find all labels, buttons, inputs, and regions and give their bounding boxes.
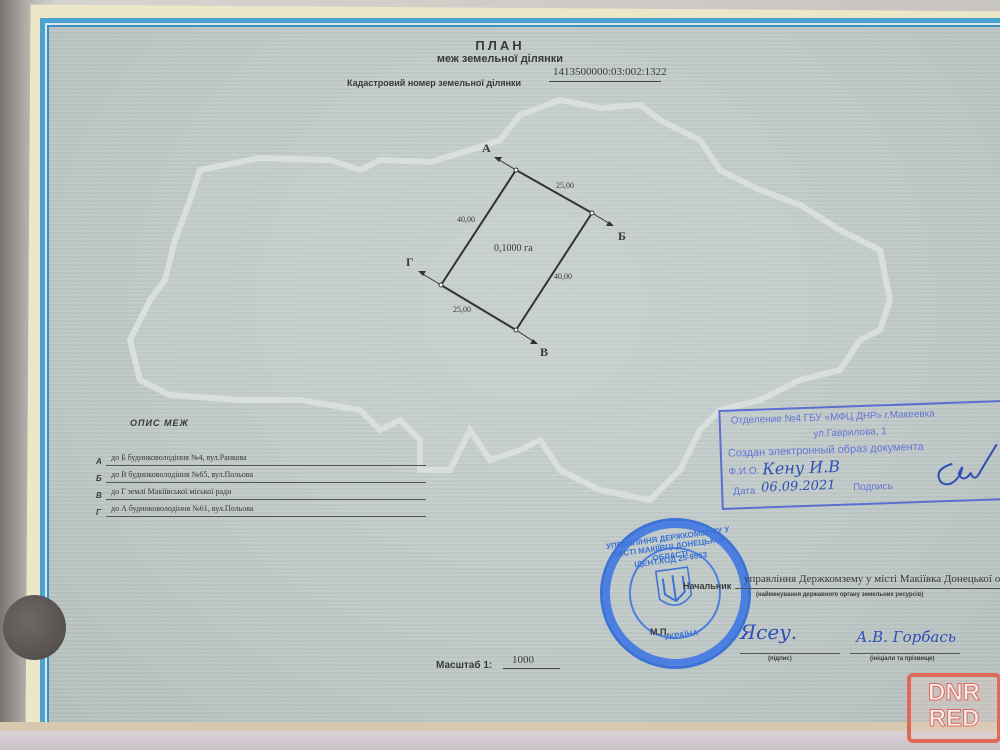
seal-mark: М.П. xyxy=(650,627,669,637)
organization-name: управління Держкомзему у місті Макіївка … xyxy=(744,573,1000,585)
boundary-key: В xyxy=(96,491,102,500)
signature-caption: (підпис) xyxy=(768,656,792,662)
punch-hole xyxy=(3,595,66,660)
boundary-key: А xyxy=(96,457,102,466)
vertex-b: Б xyxy=(618,229,626,244)
signature-underline xyxy=(740,653,840,654)
organization-caption: (найменування державного органу земельни… xyxy=(756,592,923,598)
watermark-logo: DNR RED xyxy=(907,673,1000,743)
cadastral-label: Кадастровий номер земельної ділянки xyxy=(347,78,521,88)
boundary-row: Б до В будинковолодіння №65, вул.Польова xyxy=(96,470,426,484)
handwritten-signature: Ясеу. xyxy=(740,620,797,644)
watermark-line2: RED xyxy=(911,707,997,731)
boundary-line xyxy=(106,499,426,500)
plan-drawing xyxy=(0,0,1000,750)
cadastral-underline xyxy=(549,81,661,82)
watermark-line1: DNR xyxy=(911,681,997,705)
boundary-text: до Б будинковолодіння №4, вул.Ранкова xyxy=(111,453,247,462)
stamp-signature-label: Подпись xyxy=(853,481,893,493)
stamp-line2: ул.Гаврилова, 1 xyxy=(813,426,887,440)
boundary-key: Б xyxy=(96,474,102,483)
vertex-g: Г xyxy=(406,255,414,270)
mfc-stamp: Отделение №4 ГБУ «МФЦ ДНР» г.Макеевка ул… xyxy=(718,400,1000,510)
boundary-key: Г xyxy=(96,508,101,517)
document-subtitle: меж земельної ділянки xyxy=(0,53,1000,65)
name-caption: (ініціали та прізвище) xyxy=(870,656,934,662)
scale-label: Масштаб 1: xyxy=(436,660,492,671)
name-underline xyxy=(850,653,960,654)
boundaries-heading: ОПИС МЕЖ xyxy=(130,418,189,428)
boundary-row: Г до А будинковолодіння №61, вул.Польова xyxy=(96,504,426,518)
document-title: ПЛАН xyxy=(0,38,1000,53)
side-ab-length: 25,00 xyxy=(556,181,574,190)
side-bv-length: 40,00 xyxy=(554,272,572,281)
vertex-a: А xyxy=(482,141,491,156)
stamp-signature-scribble xyxy=(922,442,1000,495)
plot-area: 0,1000 га xyxy=(494,243,533,254)
stamp-line1: Отделение №4 ГБУ «МФЦ ДНР» г.Макеевка xyxy=(731,408,935,426)
boundary-row: В до Г землі Макіївської міської ради xyxy=(96,487,426,501)
boundary-line xyxy=(106,465,426,466)
bottom-edge xyxy=(0,722,1000,750)
stamp-date-value: 06.09.2021 xyxy=(761,478,836,496)
scale-underline xyxy=(503,668,560,669)
boundary-line xyxy=(106,482,426,483)
signatory-name: А.В. Горбась xyxy=(856,628,956,646)
vertex-v: В xyxy=(540,345,548,360)
stamp-fio-label: Ф.И.О. xyxy=(728,466,759,478)
stamp-date-label: Дата xyxy=(733,486,756,498)
boundary-line xyxy=(106,516,426,517)
stamp-fio-value: Кену И.В xyxy=(762,457,840,479)
boundary-text: до А будинковолодіння №61, вул.Польова xyxy=(111,504,253,513)
side-vg-length: 25,00 xyxy=(453,305,471,314)
side-ga-length: 40,00 xyxy=(457,215,475,224)
boundary-text: до В будинковолодіння №65, вул.Польова xyxy=(111,470,253,479)
organization-underline xyxy=(735,588,1000,589)
scale-value: 1000 xyxy=(512,654,534,666)
cadastral-number: 1413500000:03:002:1322 xyxy=(553,66,667,78)
boundary-text: до Г землі Макіївської міської ради xyxy=(111,487,231,496)
boundary-row: А до Б будинковолодіння №4, вул.Ранкова xyxy=(96,453,426,467)
position-title: Начальник xyxy=(683,581,731,591)
